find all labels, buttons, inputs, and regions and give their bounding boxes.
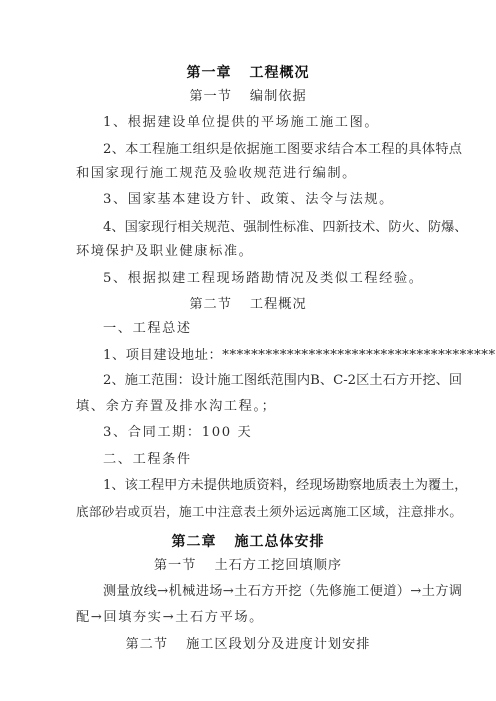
chapter-number: 第一章 <box>187 65 232 81</box>
subheading-overview: 一、工程总述 <box>103 319 462 339</box>
overview-item-duration: 3、合同工期：100 天 <box>103 423 462 443</box>
chapter-1-heading: 第一章工程概况 <box>0 63 496 83</box>
section-heading: 第二节施工区段划分及进度计划安排 <box>0 635 496 655</box>
chapter-title: 施工总体安排 <box>235 534 325 550</box>
basis-item-continued: 和国家现行施工规范及验收规范进行编制。 <box>76 164 462 184</box>
section-number: 第一节 <box>154 558 197 573</box>
overview-item-address: 1、项目建设地址：*******************************… <box>103 346 462 366</box>
subheading-conditions: 二、工程条件 <box>103 450 462 470</box>
basis-item-continued: 环境保护及职业健康标准。 <box>76 242 462 262</box>
basis-item: 1、根据建设单位提供的平场施工施工图。 <box>103 113 462 133</box>
chapter-number: 第二章 <box>172 534 217 550</box>
section-heading: 第一节编制依据 <box>0 87 496 107</box>
document-page: 第一章工程概况 第一节编制依据 1、根据建设单位提供的平场施工施工图。 2、本工… <box>0 0 496 701</box>
basis-item: 2、本工程施工组织是依据施工图要求结合本工程的具体特点 <box>103 140 462 160</box>
basis-item: 4、国家现行相关规范、强制性标准、四新技术、防火、防爆、 <box>103 218 462 238</box>
conditions-item-continued: 底部砂岩或页岩，施工中注意表土须外运远离施工区域，注意排水。 <box>76 502 462 522</box>
overview-item-scope: 2、施工范围：设计施工图纸范围内B、C-2区土石方开挖、回 <box>103 371 462 391</box>
overview-item-continued: 填、余方弃置及排水沟工程。； <box>76 397 462 417</box>
section-number: 第二节 <box>189 297 232 312</box>
sequence-line: 测量放线→机械进场→土石方开挖（先修施工便道）→土方调 <box>103 582 462 602</box>
sequence-line-continued: 配→回填夯实→土石方平场。 <box>76 608 462 628</box>
section-title: 土石方工挖回填顺序 <box>214 558 342 573</box>
section-title: 工程概况 <box>250 297 307 312</box>
chapter-title: 工程概况 <box>250 65 310 81</box>
section-number: 第二节 <box>126 637 169 652</box>
basis-item: 5、根据拟建工程现场踏勘情况及类似工程经验。 <box>103 269 462 289</box>
section-heading: 第一节土石方工挖回填顺序 <box>0 556 496 576</box>
section-title: 编制依据 <box>250 89 307 104</box>
chapter-2-heading: 第二章施工总体安排 <box>0 532 496 552</box>
conditions-item: 1、该工程甲方未提供地质资料，经现场勘察地质表土为覆土， <box>103 476 462 496</box>
section-heading: 第二节工程概况 <box>0 295 496 315</box>
basis-item: 3、国家基本建设方针、政策、法令与法规。 <box>103 190 462 210</box>
section-title: 施工区段划分及进度计划安排 <box>186 637 370 652</box>
section-number: 第一节 <box>189 89 232 104</box>
